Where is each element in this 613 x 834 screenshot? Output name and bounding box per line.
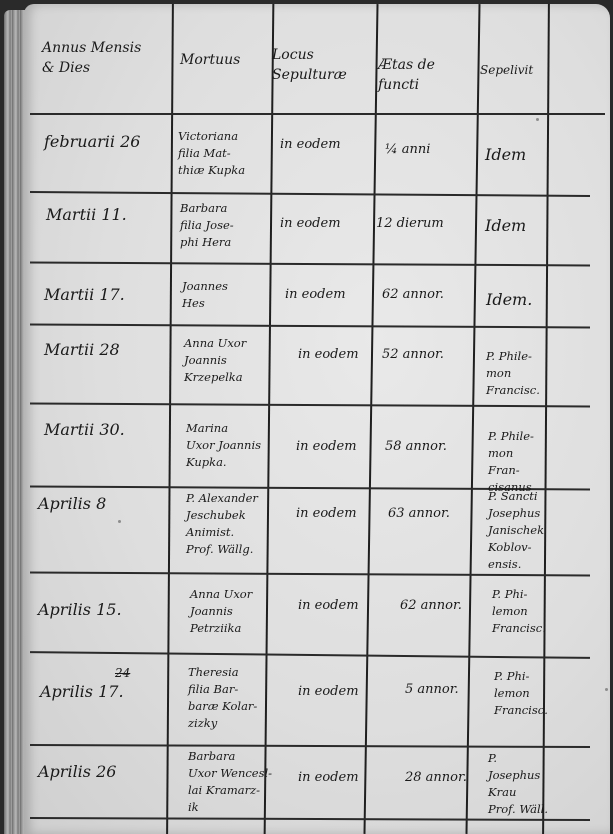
book-binding-edge: [4, 10, 26, 834]
entry-age: 58 annor.: [385, 437, 447, 456]
entry-burial: in eodem: [296, 504, 357, 523]
entry-date: Aprilis 17.: [40, 682, 124, 701]
header-deceased: Mortuus: [180, 50, 265, 70]
entry-officiant: P. Phi- lemon Francisc.: [494, 668, 549, 719]
entry-officiant: Idem: [485, 216, 526, 235]
entry-burial: in eodem: [285, 285, 346, 304]
entry-officiant: P. Sancti Josephus Janischek Koblov- ens…: [488, 488, 548, 573]
entry-burial: in eodem: [296, 437, 357, 456]
entry-deceased: Theresia filia Bar- baræ Kolar- zizky: [188, 664, 283, 732]
entry-date: Martii 17.: [44, 285, 125, 304]
entry-officiant: P. Josephus Krau Prof. Wäll.: [488, 750, 548, 818]
entry-age: 52 annor.: [382, 345, 444, 364]
entry-date: februarii 26: [44, 132, 140, 151]
entry-age: 12 dierum: [376, 214, 444, 233]
entry-age: 62 annor.: [382, 285, 444, 304]
entry-deceased: Barbara filia Jose- phi Hera: [180, 200, 270, 251]
entry-officiant: P. Phile- mon Fran- cisanus: [488, 428, 546, 496]
entry-deceased: Victoriana filia Mat- thiæ Kupka: [178, 128, 268, 179]
entry-age: 62 annor.: [400, 596, 462, 615]
entry-burial: in eodem: [298, 768, 359, 787]
paper-speck: [605, 688, 608, 691]
entry-burial: in eodem: [298, 596, 359, 615]
entry-officiant: P. Phi- lemon Francisc.: [492, 586, 547, 637]
entry-burial: in eodem: [280, 135, 341, 154]
entry-deceased: P. Alexander Jeschubek Animist. Prof. Wä…: [186, 490, 281, 558]
paper-speck: [118, 520, 121, 523]
entry-age: 5 annor.: [405, 680, 459, 699]
entry-age: ¼ anni: [385, 140, 430, 159]
header-officiant: Sepelivit: [480, 60, 545, 80]
header-date: Annus Mensis & Dies: [42, 38, 152, 78]
entry-date: Martii 28: [44, 340, 120, 359]
paper-speck: [536, 118, 539, 121]
entry-burial: in eodem: [298, 682, 359, 701]
entry-officiant: Idem: [485, 145, 526, 164]
entry-deceased: Anna Uxor Joannis Krzepelka: [184, 335, 274, 386]
row-rule: [30, 113, 605, 115]
entry-age: 63 annor.: [388, 504, 450, 523]
struck-out-date: 24: [115, 664, 130, 683]
entry-date: Martii 11.: [46, 205, 127, 224]
entry-officiant: P. Phile- mon Francisc.: [486, 348, 546, 399]
header-burial: Locus Sepulturæ: [272, 45, 368, 85]
entry-deceased: Joannes Hes: [182, 278, 272, 312]
header-age: Ætas de functi: [378, 55, 468, 95]
entry-date: Aprilis 15.: [38, 600, 122, 619]
entry-deceased: Anna Uxor Joannis Petrziika: [190, 586, 280, 637]
entry-deceased: Barbara Uxor Wencesl- lai Kramarz- ik: [188, 748, 283, 816]
entry-date: Aprilis 8: [38, 494, 106, 513]
entry-date: Aprilis 26: [38, 762, 116, 781]
entry-date: Martii 30.: [44, 420, 125, 439]
entry-deceased: Marina Uxor Joannis Kupka.: [186, 420, 278, 471]
entry-age: 28 annor.: [405, 768, 467, 787]
entry-burial: in eodem: [280, 214, 341, 233]
entry-burial: in eodem: [298, 345, 359, 364]
entry-officiant: Idem.: [486, 290, 532, 309]
